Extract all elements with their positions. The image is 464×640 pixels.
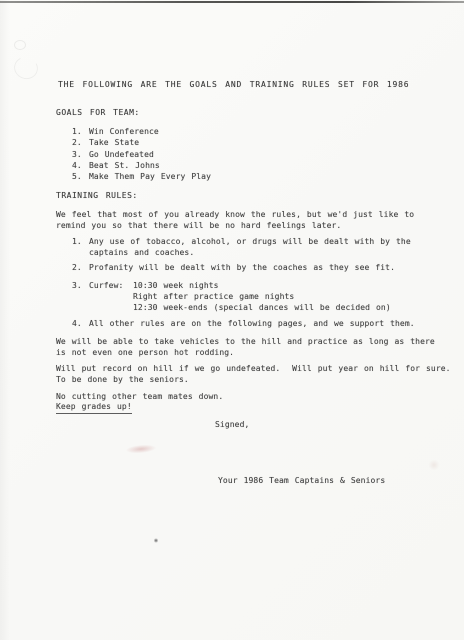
rule-4-number: 4. <box>72 319 82 329</box>
paper-ring-mark-small <box>14 40 26 50</box>
goal-5-number: 5. <box>72 172 82 182</box>
ink-speck-mark <box>154 538 158 543</box>
goal-4-text: Beat St. Johns <box>89 161 160 171</box>
scanned-page-background: { "document": { "title": "THE FOLLOWING … <box>0 0 464 640</box>
signature-line: Your 1986 Team Captains & Seniors <box>218 476 385 486</box>
training-rules-heading: TRAINING RULES: <box>56 191 138 201</box>
scan-top-edge <box>0 1 464 3</box>
rule-1-line-2: captains and coaches. <box>89 248 194 258</box>
note-vehicles-line-2: is not even one person hot rodding. <box>56 348 234 358</box>
paper-ring-mark-large <box>11 54 41 82</box>
goal-4-number: 4. <box>72 161 82 171</box>
faint-stain-mark <box>428 460 440 470</box>
goal-3-number: 3. <box>72 150 82 160</box>
goal-3-text: Go Undefeated <box>89 150 154 160</box>
scan-left-shadow <box>0 0 10 640</box>
goal-5-text: Make Them Pay Every Play <box>89 172 211 182</box>
curfew-line-2: Right after practice game nights <box>133 292 294 302</box>
note-no-cutting: No cutting other team mates down. <box>56 392 223 402</box>
note-record-line-2: To be done by the seniors. <box>56 375 189 385</box>
note-vehicles-line-1: We will be able to take vehicles to the … <box>56 337 435 347</box>
rule-3-curfew-label: Curfew: <box>89 281 123 291</box>
eraser-smudge-mark <box>126 444 157 455</box>
curfew-line-3: 12:30 week-ends (special dances will be … <box>133 303 391 313</box>
rule-3-number: 3. <box>72 281 82 291</box>
note-keep-grades-underlined: Keep grades up! <box>56 402 132 414</box>
rules-intro-line-1: We feel that most of you already know th… <box>56 210 414 220</box>
rule-1-number: 1. <box>72 237 82 247</box>
rule-4-text: All other rules are on the following pag… <box>89 319 415 329</box>
document-title: THE FOLLOWING ARE THE GOALS AND TRAINING… <box>58 80 409 90</box>
note-record-line-1: Will put record on hill if we go undefea… <box>56 364 451 374</box>
rule-1-line-1: Any use of tobacco, alcohol, or drugs wi… <box>89 237 411 247</box>
rule-2-number: 2. <box>72 263 82 273</box>
rules-intro-line-2: remind you so that there will be no hard… <box>56 221 341 231</box>
goal-2-number: 2. <box>72 138 82 148</box>
curfew-line-1: 10:30 week nights <box>133 281 219 291</box>
goals-heading: GOALS FOR TEAM: <box>56 108 140 118</box>
goal-1-text: Win Conference <box>89 127 159 137</box>
goal-1-number: 1. <box>72 127 82 137</box>
document-page: THE FOLLOWING ARE THE GOALS AND TRAINING… <box>0 0 464 640</box>
signed-label: Signed, <box>215 420 249 430</box>
rule-2-text: Profanity will be dealt with by the coac… <box>89 263 395 273</box>
goal-2-text: Take State <box>89 138 139 148</box>
